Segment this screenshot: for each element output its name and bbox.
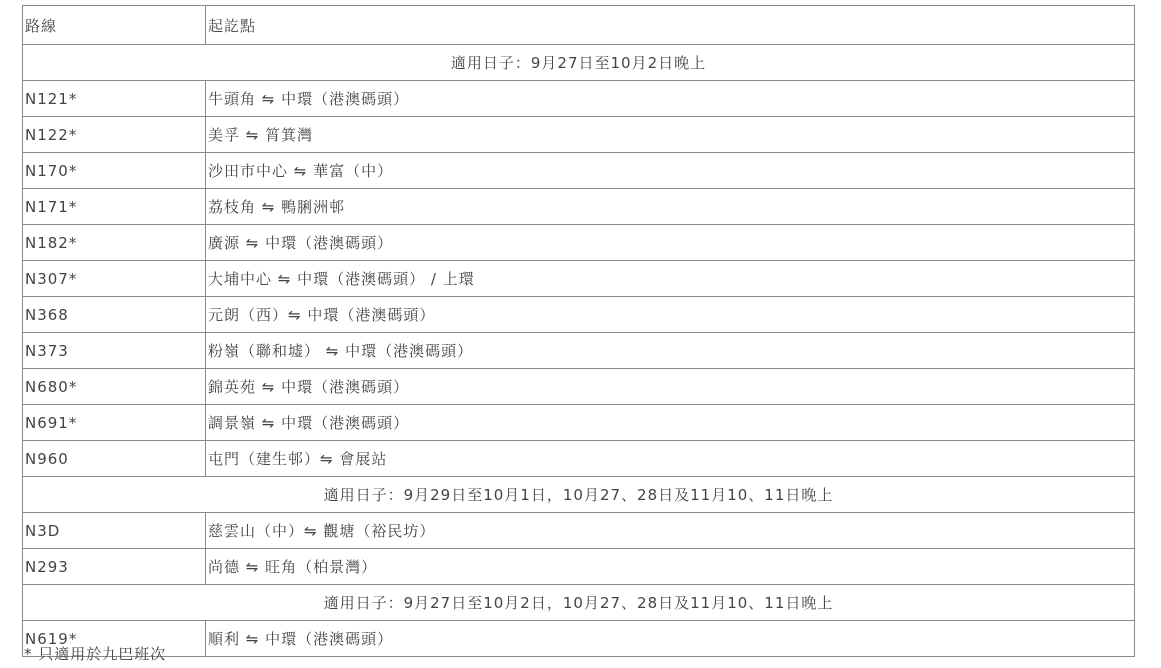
table-row: N293尚德 ⇋ 旺角（柏景灣）: [23, 549, 1135, 585]
table-row: N170*沙田市中心 ⇋ 華富（中）: [23, 153, 1135, 189]
route-cell: N368: [23, 297, 206, 333]
endpoints-cell: 慈雲山（中）⇋ 觀塘（裕民坊）: [206, 513, 1135, 549]
table-body: 適用日子：9月27日至10月2日晚上N121*牛頭角 ⇋ 中環（港澳碼頭）N12…: [23, 45, 1135, 657]
footnote: * 只適用於九巴班次: [24, 643, 166, 664]
route-cell: N182*: [23, 225, 206, 261]
column-header-route: 路線: [23, 6, 206, 45]
section-header: 適用日子：9月27日至10月2日晚上: [23, 45, 1135, 81]
table-row: N619*順利 ⇋ 中環（港澳碼頭）: [23, 621, 1135, 657]
table-row: N3D慈雲山（中）⇋ 觀塘（裕民坊）: [23, 513, 1135, 549]
table-row: N373粉嶺（聯和墟） ⇋ 中環（港澳碼頭）: [23, 333, 1135, 369]
section-header-row: 適用日子：9月27日至10月2日晚上: [23, 45, 1135, 81]
endpoints-cell: 粉嶺（聯和墟） ⇋ 中環（港澳碼頭）: [206, 333, 1135, 369]
route-cell: N3D: [23, 513, 206, 549]
route-cell: N680*: [23, 369, 206, 405]
section-header-row: 適用日子：9月27日至10月2日，10月27、28日及11月10、11日晚上: [23, 585, 1135, 621]
route-cell: N121*: [23, 81, 206, 117]
endpoints-cell: 荔枝角 ⇋ 鴨脷洲邨: [206, 189, 1135, 225]
section-header: 適用日子：9月29日至10月1日，10月27、28日及11月10、11日晚上: [23, 477, 1135, 513]
table-row: N680*錦英苑 ⇋ 中環（港澳碼頭）: [23, 369, 1135, 405]
endpoints-cell: 錦英苑 ⇋ 中環（港澳碼頭）: [206, 369, 1135, 405]
endpoints-cell: 廣源 ⇋ 中環（港澳碼頭）: [206, 225, 1135, 261]
route-cell: N691*: [23, 405, 206, 441]
route-cell: N171*: [23, 189, 206, 225]
routes-table: 路線 起訖點 適用日子：9月27日至10月2日晚上N121*牛頭角 ⇋ 中環（港…: [22, 5, 1135, 657]
table-row: N122*美孚 ⇋ 筲箕灣: [23, 117, 1135, 153]
section-header: 適用日子：9月27日至10月2日，10月27、28日及11月10、11日晚上: [23, 585, 1135, 621]
route-cell: N373: [23, 333, 206, 369]
table-row: N691*調景嶺 ⇋ 中環（港澳碼頭）: [23, 405, 1135, 441]
endpoints-cell: 沙田市中心 ⇋ 華富（中）: [206, 153, 1135, 189]
route-cell: N170*: [23, 153, 206, 189]
endpoints-cell: 尚德 ⇋ 旺角（柏景灣）: [206, 549, 1135, 585]
route-cell: N960: [23, 441, 206, 477]
route-cell: N122*: [23, 117, 206, 153]
column-header-endpoints: 起訖點: [206, 6, 1135, 45]
endpoints-cell: 調景嶺 ⇋ 中環（港澳碼頭）: [206, 405, 1135, 441]
header-row: 路線 起訖點: [23, 6, 1135, 45]
endpoints-cell: 元朗（西）⇋ 中環（港澳碼頭）: [206, 297, 1135, 333]
endpoints-cell: 美孚 ⇋ 筲箕灣: [206, 117, 1135, 153]
endpoints-cell: 屯門（建生邨）⇋ 會展站: [206, 441, 1135, 477]
endpoints-cell: 大埔中心 ⇋ 中環（港澳碼頭） / 上環: [206, 261, 1135, 297]
table-row: N121*牛頭角 ⇋ 中環（港澳碼頭）: [23, 81, 1135, 117]
table-row: N171*荔枝角 ⇋ 鴨脷洲邨: [23, 189, 1135, 225]
endpoints-cell: 順利 ⇋ 中環（港澳碼頭）: [206, 621, 1135, 657]
section-header-row: 適用日子：9月29日至10月1日，10月27、28日及11月10、11日晚上: [23, 477, 1135, 513]
table-row: N182*廣源 ⇋ 中環（港澳碼頭）: [23, 225, 1135, 261]
table-row: N368元朗（西）⇋ 中環（港澳碼頭）: [23, 297, 1135, 333]
table-row: N960屯門（建生邨）⇋ 會展站: [23, 441, 1135, 477]
route-cell: N293: [23, 549, 206, 585]
route-cell: N307*: [23, 261, 206, 297]
endpoints-cell: 牛頭角 ⇋ 中環（港澳碼頭）: [206, 81, 1135, 117]
table-row: N307*大埔中心 ⇋ 中環（港澳碼頭） / 上環: [23, 261, 1135, 297]
night-bus-routes-page: 路線 起訖點 適用日子：9月27日至10月2日晚上N121*牛頭角 ⇋ 中環（港…: [0, 0, 1161, 668]
